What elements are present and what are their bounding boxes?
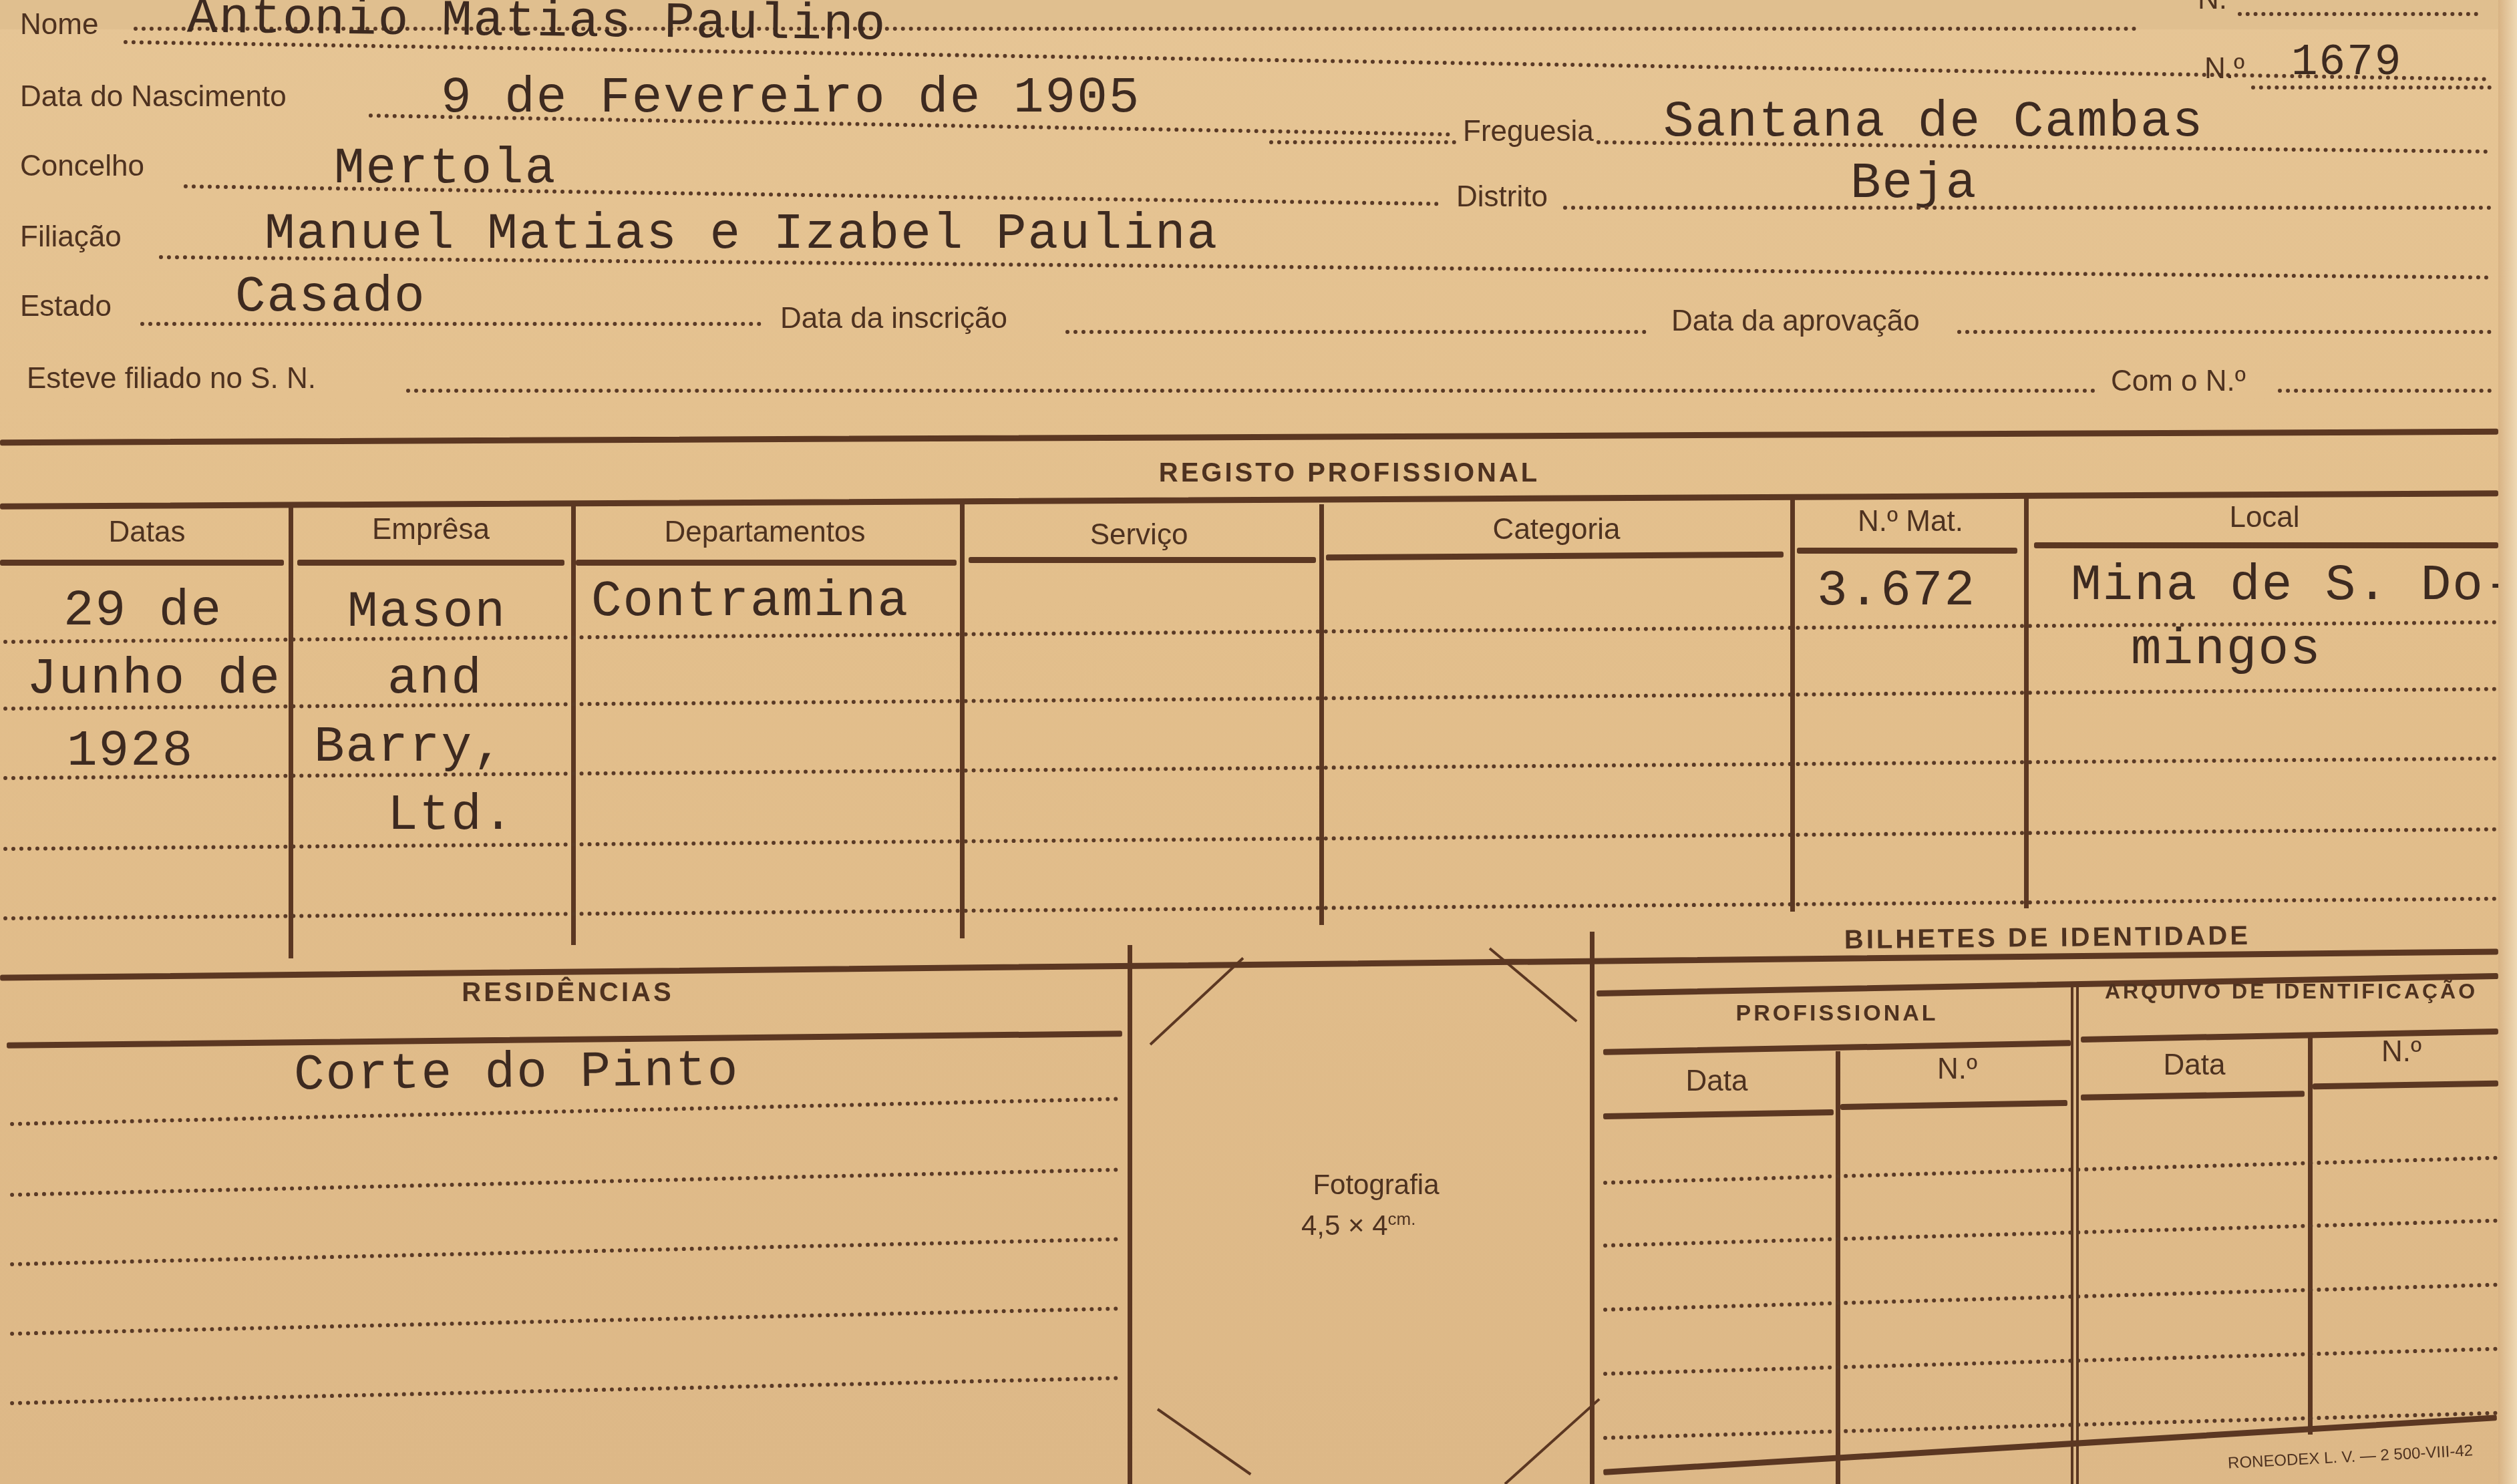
inscricao-label: Data da inscrição xyxy=(780,302,1007,335)
printer-imprint: RONEODEX L. V. — 2 500-VIII-42 xyxy=(2228,1441,2474,1473)
filiacao-value[interactable]: Manuel Matias e Izabel Paulina xyxy=(265,206,1218,263)
arquivo-title: ARQUIVO DE IDENTIFICAÇÃO xyxy=(2084,979,2498,1004)
photo-corner-mark xyxy=(1157,1408,1252,1475)
arquivo-col-numero: N.º xyxy=(2305,1035,2498,1069)
inscricao-field-line xyxy=(1065,330,1647,334)
numero-value[interactable]: 1679 xyxy=(2291,37,2402,87)
photo-corner-mark xyxy=(1504,1398,1601,1484)
aprovacao-field-line xyxy=(1957,330,2492,334)
table-row-line xyxy=(3,827,2498,851)
col-header-local: Local xyxy=(2031,501,2498,534)
col-header-datas: Datas xyxy=(7,516,287,549)
photo-size-unit: cm. xyxy=(1388,1209,1416,1229)
table-row-line xyxy=(3,687,2498,711)
col-header-departamentos: Departamentos xyxy=(574,516,955,549)
header-underline xyxy=(297,560,564,566)
column-separator xyxy=(960,504,965,938)
entry-datas-line: 1928 xyxy=(67,723,194,780)
column-separator xyxy=(2308,1034,2313,1435)
header-underline xyxy=(969,557,1316,563)
column-separator xyxy=(1836,1051,1840,1484)
entry-datas-line: Junho de xyxy=(27,651,281,708)
distrito-value[interactable]: Beja xyxy=(1850,155,1977,212)
residencia-line xyxy=(10,1167,1119,1197)
dotted-line xyxy=(1269,140,1456,144)
entry-datas-line: 29 de xyxy=(63,582,222,640)
residencia-line xyxy=(10,1306,1119,1336)
column-separator xyxy=(571,504,576,945)
entry-empresa-line: Barry, xyxy=(314,719,505,776)
entry-departamentos: Contramina xyxy=(591,573,909,630)
sn-label: Esteve filiado no S. N. xyxy=(27,362,316,395)
col-header-servico: Serviço xyxy=(962,518,1316,552)
residencia-entry: Corte do Pinto xyxy=(294,1043,739,1105)
col-header-n-mat: N.º Mat. xyxy=(1797,505,2024,538)
column-separator xyxy=(289,504,293,958)
table-row-line xyxy=(3,897,2498,920)
bilhete-row-line xyxy=(1603,1283,2498,1312)
header-underline xyxy=(1840,1100,2067,1110)
entry-local-line: Mina de S. Do- xyxy=(2071,557,2516,614)
photo-size: 4,5 × 4cm. xyxy=(1301,1209,1416,1242)
numero-label: N.º xyxy=(2204,52,2244,85)
estado-value[interactable]: Casado xyxy=(235,268,426,326)
column-separator xyxy=(1590,932,1595,1484)
column-separator xyxy=(2024,494,2029,908)
sn-field-line xyxy=(406,389,2096,393)
com-numero-field-line xyxy=(2278,389,2492,393)
entry-empresa-line: Mason xyxy=(347,584,506,641)
freguesia-label: Freguesia xyxy=(1463,115,1594,148)
concelho-label: Concelho xyxy=(20,150,144,183)
filiacao-field-line xyxy=(159,255,2490,279)
header-underline xyxy=(1603,1109,1834,1119)
distrito-field-line xyxy=(1563,206,2492,210)
estado-field-line xyxy=(140,322,762,326)
profissional-col-data: Data xyxy=(1603,1065,1830,1098)
top-number-label: N.º xyxy=(2198,0,2238,16)
bilhete-row-line xyxy=(1603,1156,2498,1185)
estado-label: Estado xyxy=(20,290,112,323)
header-underline xyxy=(1326,552,1784,561)
residencia-line xyxy=(10,1237,1119,1266)
header-underline xyxy=(2313,1081,2498,1090)
header-underline xyxy=(576,560,957,566)
bilhete-row-line xyxy=(1603,1219,2498,1248)
header-underline xyxy=(0,560,284,566)
card-edge xyxy=(2498,0,2517,1484)
com-numero-label: Com o N.º xyxy=(2111,365,2246,398)
aprovacao-label: Data da aprovação xyxy=(1671,305,1920,338)
filiacao-label: Filiação xyxy=(20,220,122,254)
residencia-line xyxy=(10,1376,1119,1405)
header-underline xyxy=(2081,1091,2305,1101)
entry-empresa-line: and xyxy=(387,651,483,708)
profissional-title: PROFISSIONAL xyxy=(1603,1000,2071,1027)
bilhete-row-line xyxy=(1603,1347,2498,1376)
distrito-label: Distrito xyxy=(1456,180,1548,214)
section-rule xyxy=(0,429,2498,445)
column-separator xyxy=(1128,945,1132,1484)
photo-corner-mark xyxy=(1150,957,1244,1046)
residencias-title: RESIDÊNCIAS xyxy=(13,978,1122,1008)
numero-field-line xyxy=(2251,85,2492,89)
index-card: N.º Nome Antonio Matias Paulino Data do … xyxy=(0,0,2498,1484)
column-separator xyxy=(1319,504,1324,925)
col-header-categoria: Categoria xyxy=(1323,513,1790,546)
profissional-col-numero: N.º xyxy=(1844,1053,2071,1086)
arquivo-col-data: Data xyxy=(2084,1049,2305,1082)
column-separator xyxy=(1790,498,1795,912)
photo-size-value: 4,5 × 4 xyxy=(1301,1210,1388,1241)
section-rule xyxy=(0,948,2498,980)
entry-local-line: mingos xyxy=(2131,621,2322,679)
dotted-line xyxy=(2238,12,2478,16)
registo-title: REGISTO PROFISSIONAL xyxy=(1002,458,1697,488)
nome-label: Nome xyxy=(20,8,98,41)
photo-label: Fotografia xyxy=(1256,1169,1496,1201)
col-header-empresa: Emprêsa xyxy=(294,513,568,546)
nascimento-label: Data do Nascimento xyxy=(20,80,287,114)
header-underline xyxy=(2034,542,2498,548)
entry-n-mat: 3.672 xyxy=(1817,562,1976,620)
entry-empresa-line: Ltd. xyxy=(387,787,514,844)
header-underline xyxy=(1797,548,2017,554)
